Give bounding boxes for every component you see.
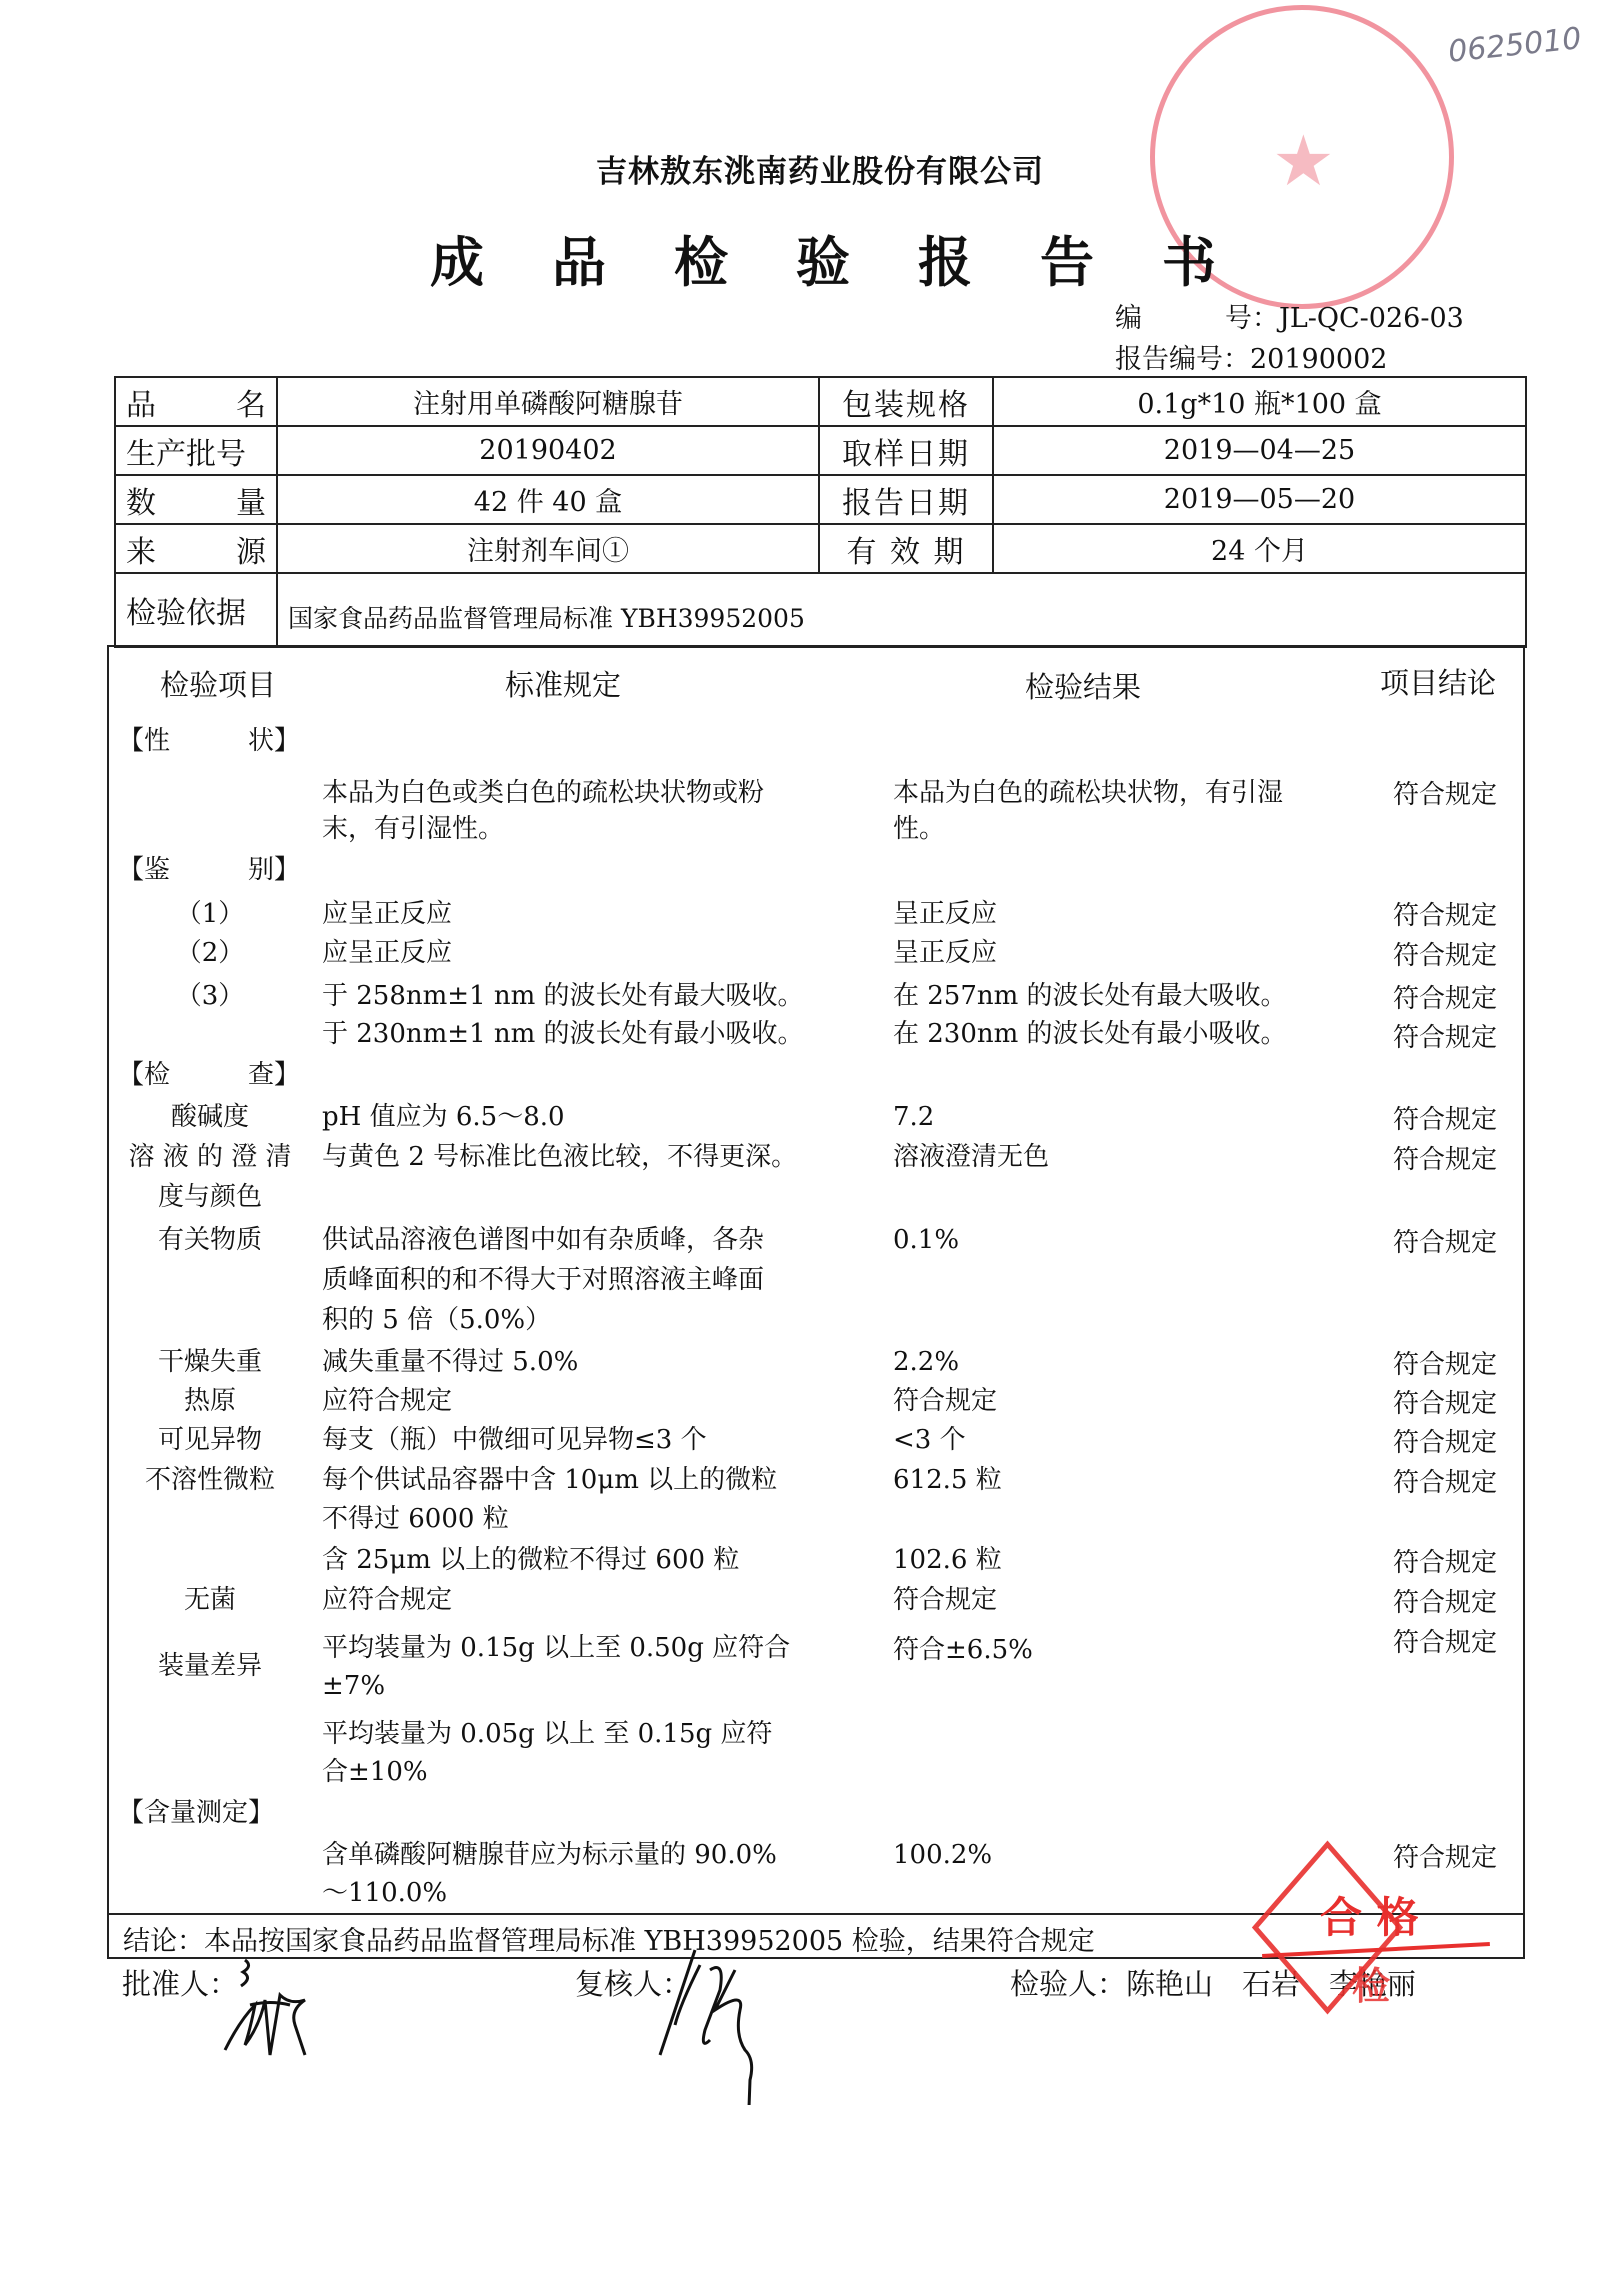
result-text: 在 230nm 的波长处有最小吸收。: [893, 1021, 1287, 1047]
inspection-stamp-text: 检: [1352, 1955, 1390, 2010]
conclusion-text: 符合规定: [1393, 1430, 1497, 1456]
source-value: 注射剂车间①: [277, 524, 819, 573]
section-assay: 【含量测定】: [118, 1800, 274, 1826]
company-name: 吉林敖东洮南药业股份有限公司: [0, 146, 1600, 191]
standard-text: 应呈正反应: [322, 901, 452, 927]
conclusion-text: 符合规定: [1393, 1470, 1497, 1496]
document-title: 成品检验报告书: [430, 220, 1284, 297]
item-label: （2）: [110, 940, 310, 966]
result-text: 在 257nm 的波长处有最大吸收。: [893, 983, 1287, 1009]
standard-text: 不得过 6000 粒: [322, 1506, 509, 1532]
standard-text: 平均装量为 0.05g 以上 至 0.15g 应符: [322, 1721, 772, 1747]
conclusion-text: 符合规定: [1393, 943, 1497, 969]
item-label: 酸碱度: [110, 1104, 310, 1130]
standard-text: 含 25μm 以上的微粒不得过 600 粒: [322, 1547, 739, 1573]
item-label: （1）: [110, 901, 310, 927]
sample-date-label: 取样日期: [819, 426, 993, 475]
item-label: 不溶性微粒: [110, 1467, 310, 1493]
sample-date-value: 2019—04—25: [993, 426, 1526, 475]
source-label: 来源: [115, 524, 277, 573]
conclusion-text: 符合规定: [1393, 1025, 1497, 1051]
result-text: 呈正反应: [893, 940, 997, 966]
standard-text: 每支（瓶）中微细可见异物≤3 个: [322, 1427, 707, 1453]
result-text: 102.6 粒: [893, 1547, 1002, 1573]
standard-text: 每个供试品容器中含 10μm 以上的微粒: [322, 1467, 777, 1493]
item-label: 有关物质: [110, 1227, 310, 1253]
standard-text: ～110.0%: [322, 1880, 447, 1906]
standard-text: 应符合规定: [322, 1388, 452, 1414]
column-header-item: 检验项目: [160, 672, 276, 698]
column-header-standard: 标准规定: [505, 672, 621, 698]
reviewer-signature: [640, 1945, 790, 2105]
conclusion-text: 符合规定: [1393, 1630, 1497, 1656]
conclusion-text: 符合规定: [1393, 1107, 1497, 1133]
standard-text: 与黄色 2 号标准比色液比较，不得更深。: [322, 1144, 797, 1170]
standard-text: 供试品溶液色谱图中如有杂质峰，各杂: [322, 1227, 764, 1253]
conclusion-text: 符合规定: [1393, 1391, 1497, 1417]
standard-text: ±7%: [322, 1673, 385, 1699]
basis-label: 检验依据: [115, 573, 277, 647]
result-text: 7.2: [893, 1104, 934, 1130]
pass-stamp-text: 合 格: [1320, 1885, 1419, 1945]
standard-text: 本品为白色或类白色的疏松块状物或粉: [322, 780, 764, 806]
conclusion-text: 符合规定: [1393, 1230, 1497, 1256]
report-date-value: 2019—05—20: [993, 475, 1526, 524]
batch-value: 20190402: [277, 426, 819, 475]
conclusion-text: 结论：本品按国家食品药品监督管理局标准 YBH39952005 检验，结果符合规…: [123, 1919, 1095, 1958]
section-identification: 【鉴 别】: [118, 857, 300, 883]
standard-text: 含单磷酸阿糖腺苷应为标示量的 90.0%: [322, 1842, 777, 1868]
result-text: 本品为白色的疏松块状物，有引湿: [893, 780, 1283, 806]
package-label: 包装规格: [819, 377, 993, 426]
product-info-table: 品名 注射用单磷酸阿糖腺苷 包装规格 0.1g*10 瓶*100 盒 生产批号 …: [114, 376, 1527, 648]
standard-text: 应呈正反应: [322, 940, 452, 966]
standard-text: 积的 5 倍（5.0%）: [322, 1307, 551, 1333]
conclusion-text: 符合规定: [1393, 986, 1497, 1012]
section-appearance: 【性 状】: [118, 728, 300, 754]
result-text: 溶液澄清无色: [893, 1144, 1049, 1170]
conclusion-text: 符合规定: [1393, 1845, 1497, 1871]
item-label: 度与颜色: [110, 1184, 310, 1210]
standard-text: 减失重量不得过 5.0%: [322, 1349, 578, 1375]
report-number: 报告编号：20190002: [1115, 337, 1387, 376]
quantity-label: 数量: [115, 475, 277, 524]
standard-text: 于 230nm±1 nm 的波长处有最小吸收。: [322, 1021, 804, 1047]
validity-label: 有 效 期: [819, 524, 993, 573]
validity-value: 24 个月: [993, 524, 1526, 573]
result-text: 0.1%: [893, 1227, 959, 1253]
item-label: 热原: [110, 1388, 310, 1414]
result-text: 符合规定: [893, 1587, 997, 1613]
item-label: 可见异物: [110, 1427, 310, 1453]
batch-label: 生产批号: [115, 426, 277, 475]
conclusion-text: 符合规定: [1393, 1550, 1497, 1576]
product-name-label: 品名: [115, 377, 277, 426]
doc-code: 编号：JL-QC-026-03: [1115, 296, 1464, 335]
conclusion-text: 符合规定: [1393, 903, 1497, 929]
result-text: 呈正反应: [893, 901, 997, 927]
basis-value: 国家食品药品监督管理局标准 YBH39952005: [277, 573, 1526, 647]
result-text: 符合规定: [893, 1388, 997, 1414]
result-text: 100.2%: [893, 1842, 992, 1868]
item-label: 装量差异: [110, 1653, 310, 1679]
section-inspection: 【检 查】: [118, 1062, 300, 1088]
package-value: 0.1g*10 瓶*100 盒: [993, 377, 1526, 426]
item-label: 溶 液 的 澄 清: [110, 1144, 310, 1170]
results-section: [107, 645, 1525, 1915]
conclusion-text: 符合规定: [1393, 782, 1497, 808]
conclusion-text: 符合规定: [1393, 1352, 1497, 1378]
standard-text: 质峰面积的和不得大于对照溶液主峰面: [322, 1267, 764, 1293]
result-text: 612.5 粒: [893, 1467, 1002, 1493]
standard-text: 末，有引湿性。: [322, 816, 504, 842]
column-header-conclusion: 项目结论: [1380, 670, 1496, 696]
approver-signature: [215, 1955, 365, 2065]
report-date-label: 报告日期: [819, 475, 993, 524]
result-text: 2.2%: [893, 1349, 959, 1375]
standard-text: 合±10%: [322, 1759, 428, 1785]
product-name: 注射用单磷酸阿糖腺苷: [277, 377, 819, 426]
standard-text: 应符合规定: [322, 1587, 452, 1613]
item-label: 干燥失重: [110, 1349, 310, 1375]
column-header-result: 检验结果: [1025, 674, 1141, 700]
conclusion-text: 符合规定: [1393, 1590, 1497, 1616]
standard-text: pH 值应为 6.5～8.0: [322, 1104, 565, 1130]
item-label: 无菌: [110, 1587, 310, 1613]
conclusion-text: 符合规定: [1393, 1147, 1497, 1173]
quantity-value: 42 件 40 盒: [277, 475, 819, 524]
standard-text: 于 258nm±1 nm 的波长处有最大吸收。: [322, 983, 804, 1009]
result-text: 符合±6.5%: [893, 1637, 1033, 1663]
result-text: 性。: [893, 816, 945, 842]
item-label: （3）: [110, 983, 310, 1009]
result-text: <3 个: [893, 1427, 966, 1453]
handwritten-note: 0625010: [1447, 21, 1584, 70]
standard-text: 平均装量为 0.15g 以上至 0.50g 应符合: [322, 1635, 790, 1661]
